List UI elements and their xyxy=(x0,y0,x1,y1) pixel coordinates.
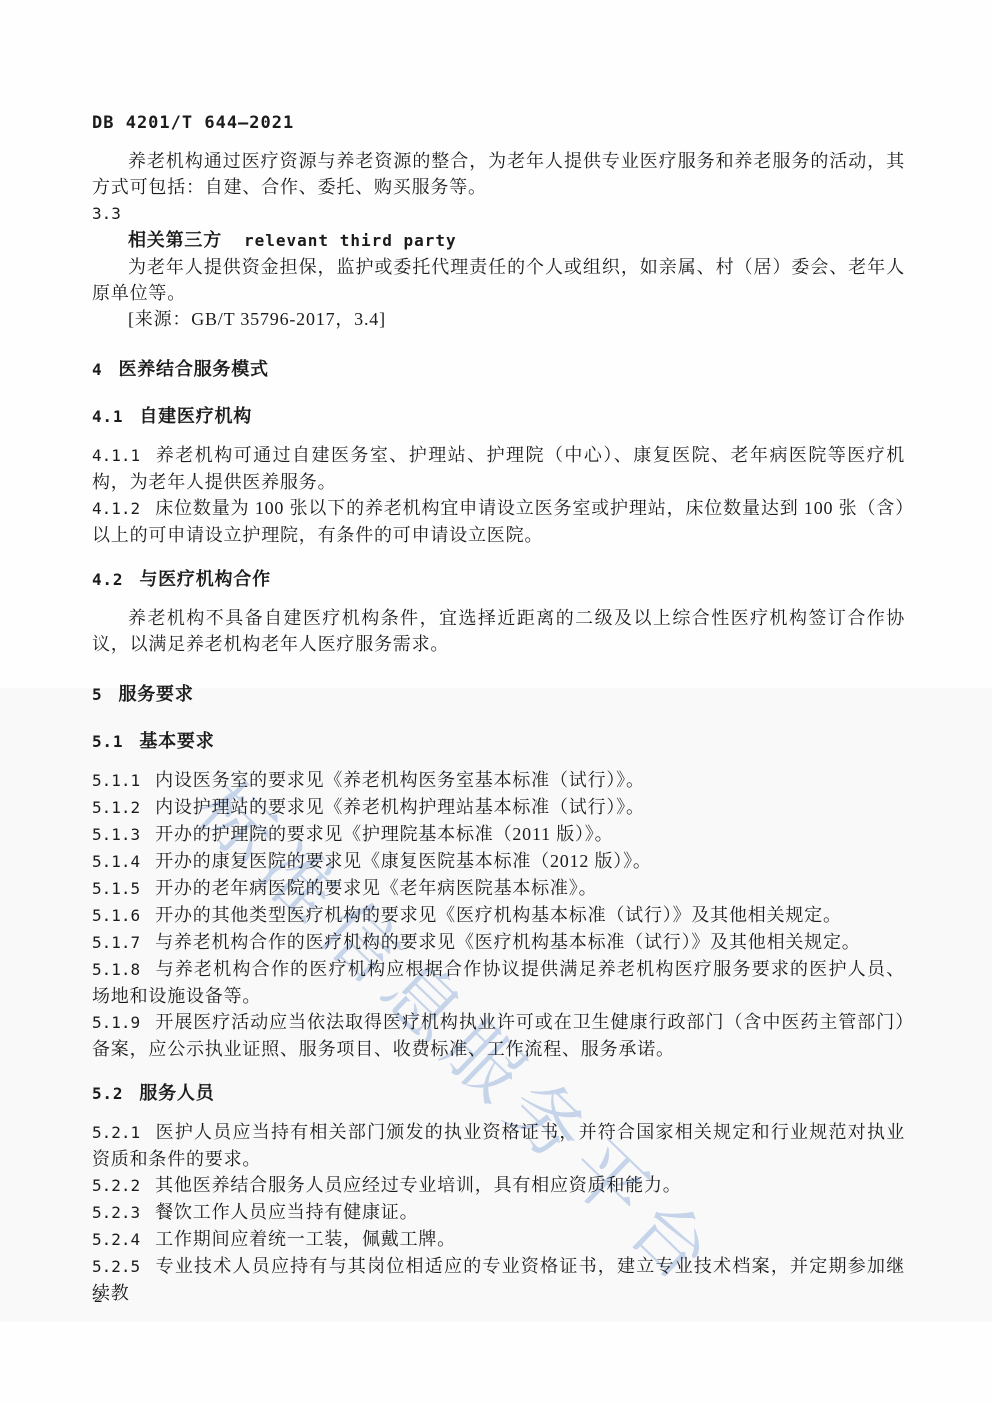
term-definition-line: 相关第三方relevant third party xyxy=(92,227,905,254)
section-5-2-heading: 5.2服务人员 xyxy=(92,1080,905,1107)
clause-item-number: 5.1.3 xyxy=(92,825,140,844)
clause-item-number: 5.1.5 xyxy=(92,879,140,898)
section-5-1-title: 基本要求 xyxy=(139,731,214,751)
clause-item-number: 5.1.2 xyxy=(92,798,140,817)
clause-item-text: 床位数量为 100 张以下的养老机构宜申请设立医务室或护理站，床位数量达到 10… xyxy=(92,498,905,545)
document-content: DB 4201/T 644—2021 养老机构通过医疗资源与养老资源的整合，为老… xyxy=(92,112,905,1306)
term-english: relevant third party xyxy=(244,231,457,250)
clause-item-text: 医护人员应当持有相关部门颁发的执业资格证书，并符合国家相关规定和行业规范对执业资… xyxy=(92,1122,905,1169)
clause-item: 5.1.7与养老机构合作的医疗机构的要求见《医疗机构基本标准（试行）》及其他相关… xyxy=(92,929,905,956)
clause-item: 5.1.3开办的护理院的要求见《护理院基本标准（2011 版）》。 xyxy=(92,821,905,848)
section-4-1-number: 4.1 xyxy=(92,407,123,426)
clause-item-number: 5.1.6 xyxy=(92,906,140,925)
clause-item-number: 5.1.8 xyxy=(92,960,140,979)
clause-item-number: 5.2.1 xyxy=(92,1123,140,1142)
clause-item: 5.2.2其他医养结合服务人员应经过专业培训，具有相应资质和能力。 xyxy=(92,1172,905,1199)
section-5-1-heading: 5.1基本要求 xyxy=(92,728,905,755)
term-definition-body: 为老年人提供资金担保，监护或委托代理责任的个人或组织，如亲属、村（居）委会、老年… xyxy=(92,254,905,306)
source-note: [来源：GB/T 35796-2017，3.4] xyxy=(92,306,905,332)
section-5-2-number: 5.2 xyxy=(92,1084,123,1103)
section-4-title: 医养结合服务模式 xyxy=(118,359,268,379)
section-4-heading: 4医养结合服务模式 xyxy=(92,356,905,383)
clause-item-text: 开展医疗活动应当依法取得医疗机构执业许可或在卫生健康行政部门（含中医药主管部门）… xyxy=(92,1012,905,1059)
section-4-2-title: 与医疗机构合作 xyxy=(139,569,271,589)
section-4-1-heading: 4.1自建医疗机构 xyxy=(92,403,905,430)
clause-item-number: 5.2.5 xyxy=(92,1257,140,1276)
clause-item-number: 5.1.7 xyxy=(92,933,140,952)
clause-item-text: 其他医养结合服务人员应经过专业培训，具有相应资质和能力。 xyxy=(155,1175,681,1195)
clause-item: 5.1.5开办的老年病医院的要求见《老年病医院基本标准》。 xyxy=(92,875,905,902)
clause-item: 4.1.1养老机构可通过自建医务室、护理站、护理院（中心）、康复医院、老年病医院… xyxy=(92,442,905,495)
clause-item-text: 餐饮工作人员应当持有健康证。 xyxy=(155,1202,418,1222)
term-chinese: 相关第三方 xyxy=(128,230,222,250)
clause-item: 5.1.6开办的其他类型医疗机构的要求见《医疗机构基本标准（试行）》及其他相关规… xyxy=(92,902,905,929)
clause-item: 4.1.2床位数量为 100 张以下的养老机构宜申请设立医务室或护理站，床位数量… xyxy=(92,495,905,548)
section-5-heading: 5服务要求 xyxy=(92,681,905,708)
clause-item-number: 5.1.1 xyxy=(92,771,140,790)
clause-item: 5.1.9开展医疗活动应当依法取得医疗机构执业许可或在卫生健康行政部门（含中医药… xyxy=(92,1009,905,1062)
clause-item: 5.1.1内设医务室的要求见《养老机构医务室基本标准（试行）》。 xyxy=(92,767,905,794)
clause-number: 3.3 xyxy=(92,200,905,227)
clause-item: 5.1.8与养老机构合作的医疗机构应根据合作协议提供满足养老机构医疗服务要求的医… xyxy=(92,956,905,1009)
intro-paragraph: 养老机构通过医疗资源与养老资源的整合，为老年人提供专业医疗服务和养老服务的活动，… xyxy=(92,148,905,200)
section-5-1-number: 5.1 xyxy=(92,732,123,751)
clause-item-text: 开办的康复医院的要求见《康复医院基本标准（2012 版）》。 xyxy=(155,851,652,871)
clause-item-number: 4.1.1 xyxy=(92,446,140,465)
clause-item: 5.2.1医护人员应当持有相关部门颁发的执业资格证书，并符合国家相关规定和行业规… xyxy=(92,1119,905,1172)
standard-number-header: DB 4201/T 644—2021 xyxy=(92,112,905,134)
clause-item: 5.2.3餐饮工作人员应当持有健康证。 xyxy=(92,1199,905,1226)
clause-item-text: 工作期间应着统一工装，佩戴工牌。 xyxy=(155,1229,456,1249)
clause-item: 5.2.5专业技术人员应持有与其岗位相适应的专业资格证书，建立专业技术档案，并定… xyxy=(92,1253,905,1306)
section-4-1-title: 自建医疗机构 xyxy=(139,406,252,426)
section-4-2-number: 4.2 xyxy=(92,570,123,589)
section-4-number: 4 xyxy=(92,360,102,379)
document-page: 标准信息服务平台 DB 4201/T 644—2021 养老机构通过医疗资源与养… xyxy=(0,0,992,1403)
clause-item-number: 5.2.4 xyxy=(92,1230,140,1249)
clause-number-text: 3.3 xyxy=(92,204,121,223)
clause-item-text: 与养老机构合作的医疗机构的要求见《医疗机构基本标准（试行）》及其他相关规定。 xyxy=(155,932,860,952)
clause-item-text: 开办的其他类型医疗机构的要求见《医疗机构基本标准（试行）》及其他相关规定。 xyxy=(155,905,842,925)
clause-item: 5.1.4开办的康复医院的要求见《康复医院基本标准（2012 版）》。 xyxy=(92,848,905,875)
clause-item: 5.1.2内设护理站的要求见《养老机构护理站基本标准（试行）》。 xyxy=(92,794,905,821)
clause-item-text: 开办的老年病医院的要求见《老年病医院基本标准》。 xyxy=(155,878,597,898)
clause-item-text: 内设医务室的要求见《养老机构医务室基本标准（试行）》。 xyxy=(155,770,645,790)
section-5-title: 服务要求 xyxy=(118,684,193,704)
clause-item-text: 养老机构可通过自建医务室、护理站、护理院（中心）、康复医院、老年病医院等医疗机构… xyxy=(92,445,905,492)
clause-item-number: 5.1.4 xyxy=(92,852,140,871)
clause-item-number: 5.2.3 xyxy=(92,1203,140,1222)
clause-item-text: 专业技术人员应持有与其岗位相适应的专业资格证书，建立专业技术档案，并定期参加继续… xyxy=(92,1256,905,1303)
section-5-number: 5 xyxy=(92,685,102,704)
page-number: 2 xyxy=(94,1284,103,1310)
clause-item: 5.2.4工作期间应着统一工装，佩戴工牌。 xyxy=(92,1226,905,1253)
clause-item-text: 内设护理站的要求见《养老机构护理站基本标准（试行）》。 xyxy=(155,797,645,817)
clause-item-text: 与养老机构合作的医疗机构应根据合作协议提供满足养老机构医疗服务要求的医护人员、场… xyxy=(92,959,905,1006)
clause-item-number: 5.1.9 xyxy=(92,1013,140,1032)
section-5-2-title: 服务人员 xyxy=(139,1083,214,1103)
clause-item-text: 开办的护理院的要求见《护理院基本标准（2011 版）》。 xyxy=(155,824,613,844)
section-4-2-paragraph: 养老机构不具备自建医疗机构条件，宜选择近距离的二级及以上综合性医疗机构签订合作协… xyxy=(92,605,905,657)
section-4-2-heading: 4.2与医疗机构合作 xyxy=(92,566,905,593)
clause-item-number: 4.1.2 xyxy=(92,499,140,518)
clause-item-number: 5.2.2 xyxy=(92,1176,140,1195)
